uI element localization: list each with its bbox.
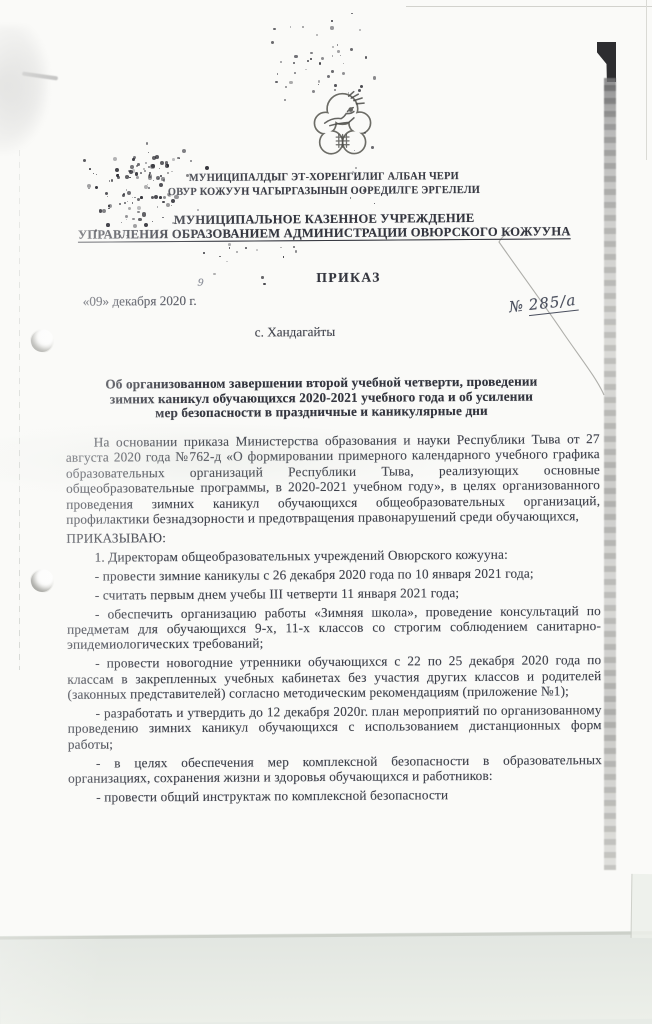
ink-speckle bbox=[172, 158, 175, 161]
ink-speckle bbox=[136, 176, 139, 179]
body-paragraph: - считать первым днем учебы III четверти… bbox=[67, 584, 601, 603]
ink-speckle bbox=[150, 164, 154, 168]
ink-speckle bbox=[318, 80, 320, 82]
horseman-emblem-icon bbox=[310, 90, 375, 164]
body-paragraph: На основании приказа Министерства образо… bbox=[66, 431, 601, 527]
ink-speckle bbox=[138, 218, 141, 221]
ink-speckle bbox=[96, 174, 97, 175]
ink-speckle bbox=[93, 173, 94, 174]
ink-speckle bbox=[144, 170, 146, 172]
ink-blob bbox=[95, 186, 98, 189]
ink-speckle bbox=[295, 250, 297, 252]
ink-speckle bbox=[148, 187, 150, 189]
ink-speckle bbox=[280, 247, 281, 248]
ink-speckle bbox=[137, 206, 141, 210]
ink-speckle bbox=[174, 195, 178, 199]
handwritten-mark: 9 bbox=[197, 277, 204, 290]
org-header-tuvan-line2: ОВУР КОЖУУН ЧАГЫРГАЗЫНЫН ООРЕДИЛГЕ ЭРГЕЛ… bbox=[20, 182, 628, 200]
ink-speckle bbox=[87, 184, 91, 188]
body-paragraph: - провести новогодние утренники обучающи… bbox=[67, 652, 601, 702]
ink-speckle bbox=[285, 86, 287, 88]
ink-speckle bbox=[106, 223, 110, 227]
ink-speckle bbox=[273, 28, 275, 30]
ink-speckle bbox=[332, 46, 334, 48]
ink-speckle bbox=[352, 171, 354, 173]
ink-speckle bbox=[135, 172, 138, 175]
ink-speckle bbox=[115, 168, 119, 172]
ink-speckle bbox=[359, 29, 361, 31]
ink-speckle bbox=[245, 247, 247, 249]
ink-speckle bbox=[119, 203, 121, 205]
ink-speckle bbox=[374, 203, 375, 204]
org-header-tuvan: МУНИЦИПАЛДЫГ ЭТ-ХОРЕНГИЛИГ АЛБАН ЧЕРИ ОВ… bbox=[20, 169, 628, 200]
ink-speckle bbox=[330, 26, 333, 29]
ink-speckle bbox=[167, 172, 169, 174]
ink-speckle bbox=[132, 218, 134, 220]
ink-speckle bbox=[171, 199, 175, 203]
ink-speckle bbox=[130, 165, 134, 169]
body-paragraph: - обеспечить организацию работы «Зимняя … bbox=[67, 603, 601, 653]
ink-speckle bbox=[261, 276, 263, 278]
ink-speckle bbox=[126, 235, 128, 237]
body-paragraph: - провести зимние каникулы с 26 декабря … bbox=[67, 565, 601, 584]
ink-speckle bbox=[294, 55, 297, 58]
ink-speckle bbox=[350, 197, 351, 198]
ink-speckle bbox=[271, 41, 274, 44]
ink-speckle bbox=[290, 26, 291, 27]
ink-speckle bbox=[263, 283, 265, 285]
ink-speckle bbox=[363, 189, 366, 192]
doc-title: Об организованном завершении второй учеб… bbox=[103, 375, 539, 422]
ink-speckle bbox=[159, 196, 162, 199]
ink-speckle bbox=[132, 197, 133, 198]
body-paragraph: - провести общий инструктаж по комплексн… bbox=[68, 786, 602, 805]
ink-speckle bbox=[126, 189, 128, 191]
ink-speckle bbox=[113, 157, 117, 161]
ink-speckle bbox=[373, 76, 376, 79]
doc-number-label: № bbox=[508, 297, 524, 316]
ink-speckle bbox=[342, 72, 345, 75]
ink-speckle bbox=[172, 222, 174, 224]
ink-blob bbox=[205, 166, 209, 170]
ink-speckle bbox=[319, 62, 321, 64]
ink-speckle bbox=[343, 63, 344, 64]
body-paragraph: 1. Директорам общеобразовательных учрежд… bbox=[66, 546, 600, 565]
ink-speckle bbox=[133, 156, 136, 159]
ink-speckle bbox=[161, 177, 164, 180]
doc-type-heading: ПРИКАЗ bbox=[69, 268, 629, 288]
ink-speckle bbox=[334, 84, 337, 87]
ink-speckle bbox=[294, 72, 296, 74]
ink-speckle bbox=[163, 196, 166, 199]
ink-speckle bbox=[213, 273, 215, 275]
ink-speckle bbox=[134, 197, 135, 198]
ink-blob bbox=[140, 196, 143, 199]
ink-blob bbox=[310, 58, 312, 60]
ink-speckle bbox=[144, 223, 148, 227]
doc-date: «09» декабря 2020 г. bbox=[83, 293, 197, 310]
ink-speckle bbox=[229, 247, 230, 248]
ink-speckle bbox=[147, 184, 148, 185]
ink-speckle bbox=[316, 34, 318, 36]
ink-speckle bbox=[307, 60, 309, 62]
ink-speckle bbox=[275, 81, 277, 83]
body-paragraph: ПРИКАЗЫВАЮ: bbox=[66, 527, 600, 546]
ink-speckle bbox=[144, 185, 148, 189]
ink-speckle bbox=[331, 70, 334, 73]
ink-speckle bbox=[358, 172, 360, 174]
ink-speckle bbox=[289, 81, 292, 84]
doc-number-handwritten: № 285/а bbox=[508, 291, 578, 317]
ink-speckle bbox=[111, 179, 113, 181]
org-header-russian: МУНИЦИПАЛЬНОЕ КАЗЕННОЕ УЧРЕЖДЕНИЕ УПРАВЛ… bbox=[4, 211, 644, 243]
ink-speckle bbox=[177, 157, 180, 160]
ink-speckle bbox=[125, 215, 128, 218]
ink-blob bbox=[203, 252, 205, 254]
ink-speckle bbox=[95, 229, 98, 232]
ink-speckle bbox=[236, 251, 237, 252]
body-paragraph: - разработать и утвердить до 12 декабря … bbox=[68, 702, 602, 752]
ink-speckle bbox=[160, 161, 164, 165]
ink-speckle bbox=[256, 249, 258, 251]
doc-number-value: 285/а bbox=[527, 291, 579, 316]
ink-speckle bbox=[89, 168, 91, 170]
doc-body: На основании приказа Министерства образо… bbox=[66, 431, 603, 809]
body-paragraph: - в целях обеспечения мер комплексной бе… bbox=[68, 752, 602, 787]
document-content: МУНИЦИПАЛДЫГ ЭТ-ХОРЕНГИЛИГ АЛБАН ЧЕРИ ОВ… bbox=[0, 0, 652, 1024]
ink-speckle bbox=[128, 207, 131, 210]
ink-speckle bbox=[127, 191, 131, 195]
doc-place: с. Хандагайты bbox=[0, 322, 591, 342]
org-header-russian-line2: УПРАВЛЕНИЯ ОБРАЗОВАНИЕМ АДМИНИСТРАЦИИ ОВ… bbox=[4, 225, 644, 243]
ink-speckle bbox=[83, 159, 86, 162]
ink-speckle bbox=[284, 99, 286, 101]
scanned-page: МУНИЦИПАЛДЫГ ЭТ-ХОРЕНГИЛИГ АЛБАН ЧЕРИ ОВ… bbox=[0, 0, 652, 1024]
